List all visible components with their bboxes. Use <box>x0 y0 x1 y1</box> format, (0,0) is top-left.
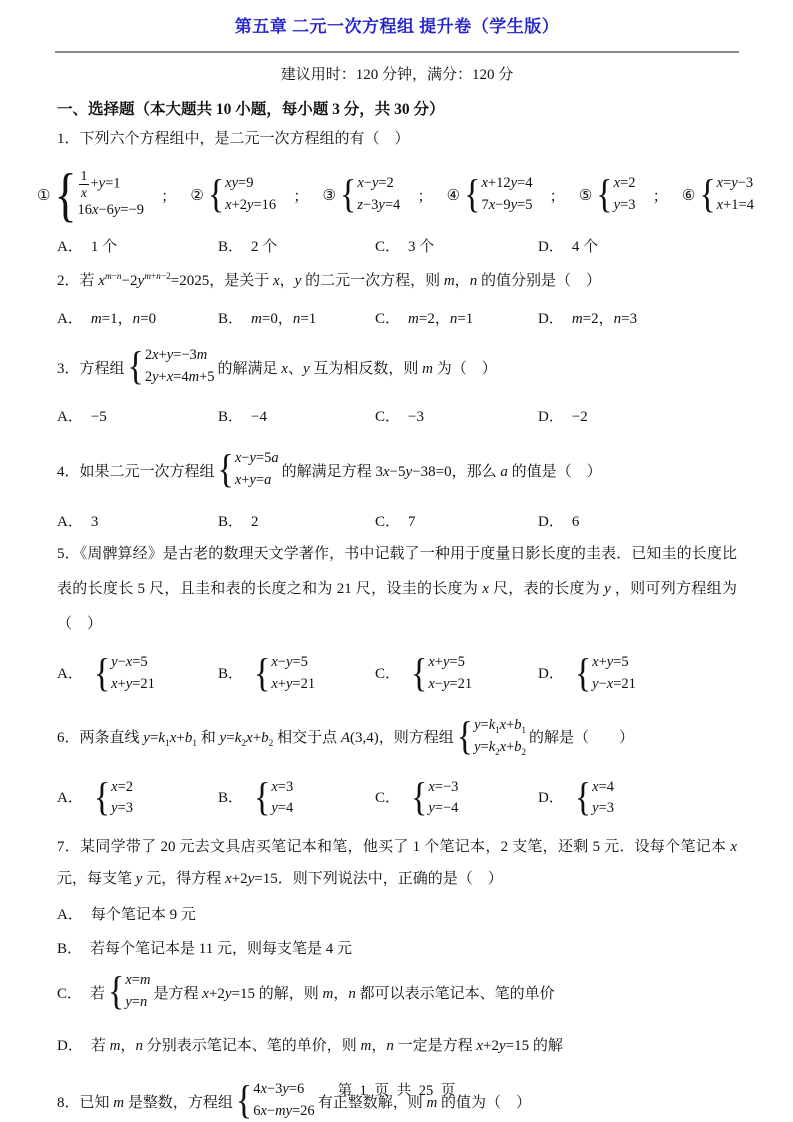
option-label: A． <box>57 237 83 257</box>
q1-system-5: ⑤ {x=2y=3 <box>579 173 639 217</box>
q3-option-a: A．−5 <box>57 407 218 427</box>
separator: ； <box>293 185 308 206</box>
brace-icon: { <box>254 654 270 694</box>
option-label: D． <box>538 237 564 257</box>
q3-options: A．−5 B．−4 C．−3 D．−2 <box>57 407 737 427</box>
option-label: C． <box>375 512 400 532</box>
q3-stem-post: 的解满足 x、y 互为相反数，则 m 为（ ） <box>218 357 497 378</box>
equation-line: x=2 <box>111 777 133 799</box>
brace-icon: { <box>575 778 591 818</box>
equation-line: 1x+y=1 <box>78 168 144 200</box>
option-text-post: 是方程 x+2y=15 的解，则 m，n 都可以表示笔记本、笔的单价 <box>153 982 554 1003</box>
equation-line: y=3 <box>614 195 636 217</box>
page-title: 第五章 二元一次方程组 提升卷（学生版） <box>57 16 737 38</box>
brace-icon: { <box>94 778 110 818</box>
q7-option-b: B．若每个笔记本是 11 元，则每支笔是 4 元 <box>57 939 737 959</box>
option-label: B． <box>218 664 243 684</box>
q1-system-3: ③ {x−y=2z−3y=4 <box>323 173 404 217</box>
equation-line: 2y+x=4m+5 <box>145 367 215 389</box>
q5-option-d: D．{x+y=5y−x=21 <box>538 652 737 696</box>
option-label: A． <box>57 664 83 684</box>
option-text: −3 <box>408 407 424 427</box>
option-label: D． <box>538 664 564 684</box>
equation-line: x+y=21 <box>111 674 155 696</box>
equation-line: y−x=5 <box>111 652 155 674</box>
brace-icon: { <box>54 165 76 225</box>
option-label: A． <box>57 407 83 427</box>
equation-line: y=4 <box>271 798 293 820</box>
option-text: 每个笔记本 9 元 <box>91 905 196 925</box>
option-text: 7 <box>408 512 416 532</box>
equation-line: x=2 <box>614 173 636 195</box>
equation-line: x+12y=4 <box>481 173 532 195</box>
option-label: C． <box>375 309 400 329</box>
circled-5-icon: ⑤ <box>579 186 592 205</box>
q6-option-c: C．{x=−3y=−4 <box>375 777 538 821</box>
equation-line: 7x−9y=5 <box>481 195 532 217</box>
q5-stem: 5．《周髀算经》是古老的数理天文学著作，书中记载了一种用于度量日影长度的圭表．已… <box>57 537 737 642</box>
brace-icon: { <box>128 347 144 387</box>
q6-options: A．{x=2y=3 B．{x=3y=4 C．{x=−3y=−4 D．{x=4y=… <box>57 777 737 821</box>
option-label: D． <box>538 407 564 427</box>
option-text: 2 个 <box>251 237 277 257</box>
q3-stem: 3．方程组 {2x+y=−3m2y+x=4m+5 的解满足 x、y 互为相反数，… <box>57 343 737 391</box>
option-label: B． <box>57 939 82 959</box>
q5-option-b: B．{x−y=5x+y=21 <box>218 652 375 696</box>
brace-icon: { <box>457 716 473 756</box>
q3-option-c: C．−3 <box>375 407 538 427</box>
option-text: m=1，n=0 <box>91 309 156 329</box>
brace-icon: { <box>218 450 234 490</box>
brace-icon: { <box>254 778 270 818</box>
circled-3-icon: ③ <box>323 186 336 205</box>
brace-icon: { <box>108 972 124 1012</box>
equation-line: x+1=4 <box>717 195 754 217</box>
q7-stem: 7．某同学带了 20 元去文具店买笔记本和笔，他买了 1 个笔记本，2 支笔，还… <box>57 831 737 895</box>
q5-option-c: C．{x+y=5x−y=21 <box>375 652 538 696</box>
equation-line: y=3 <box>592 798 614 820</box>
option-text: 若每个笔记本是 11 元，则每支笔是 4 元 <box>90 939 352 959</box>
option-label: A． <box>57 788 83 808</box>
option-label: B． <box>218 237 243 257</box>
equation-line: z−3y=4 <box>357 195 400 217</box>
q3-option-b: B．−4 <box>218 407 375 427</box>
equation-line: 2x+y=−3m <box>145 345 215 367</box>
option-label: D． <box>57 1036 83 1056</box>
q5-option-a: A．{y−x=5x+y=21 <box>57 652 218 696</box>
q5-options: A．{y−x=5x+y=21 B．{x−y=5x+y=21 C．{x+y=5x−… <box>57 652 737 696</box>
option-label: A． <box>57 905 83 925</box>
option-text: 4 个 <box>572 237 598 257</box>
brace-icon: { <box>411 778 427 818</box>
equation-line: x=−3 <box>428 777 458 799</box>
q4-option-b: B．2 <box>218 512 375 532</box>
q1-option-b: B．2 个 <box>218 237 375 257</box>
exam-page: 第五章 二元一次方程组 提升卷（学生版） 建议用时：120 分钟，满分：120 … <box>0 0 793 1122</box>
brace-icon: { <box>464 175 480 215</box>
option-label: D． <box>538 788 564 808</box>
q3-stem-pre: 3．方程组 <box>57 357 125 378</box>
brace-icon: { <box>208 175 224 215</box>
option-label: D． <box>538 309 564 329</box>
q4-options: A．3 B．2 C．7 D．6 <box>57 512 737 532</box>
option-label: B． <box>218 407 243 427</box>
page-footer: 第 1 页 共 25 页 <box>0 1079 793 1100</box>
q4-option-d: D．6 <box>538 512 737 532</box>
brace-icon: { <box>340 175 356 215</box>
q6-stem-pre: 6．两条直线 y=k1x+b1 和 y=k2x+b2 相交于点 A(3,4)，则… <box>57 726 454 747</box>
circled-6-icon: ⑥ <box>682 186 695 205</box>
equation-line: x+2y=16 <box>225 195 276 217</box>
equation-line: x+y=21 <box>271 674 315 696</box>
separator: ； <box>550 185 565 206</box>
circled-1-icon: ① <box>37 186 50 205</box>
option-label: C． <box>57 982 82 1003</box>
equation-line: x=3 <box>271 777 293 799</box>
q6-system: {y=k1x+b1y=k2x+b2 <box>457 715 526 759</box>
option-text: 若 m，n 分别表示笔记本、笔的单价，则 m，n 一定是方程 x+2y=15 的… <box>91 1036 563 1056</box>
equation-line: xy=9 <box>225 173 276 195</box>
equation-line: x+y=a <box>235 470 279 492</box>
equation-line: 6x−my=26 <box>253 1101 314 1122</box>
equation-line: x+y=5 <box>592 652 636 674</box>
equation-line: 16x−6y=−9 <box>78 200 144 222</box>
q3-system: {2x+y=−3m2y+x=4m+5 <box>128 345 215 389</box>
q2-stem: 2．若 xm−n−2ym+n−2=2025，是关于 x，y 的二元一次方程，则 … <box>57 271 737 291</box>
option-text: m=0，n=1 <box>251 309 316 329</box>
equation-line: y=k2x+b2 <box>474 737 526 759</box>
q2-option-c: C．m=2，n=1 <box>375 309 538 329</box>
option-label: A． <box>57 512 83 532</box>
q1-system-2: ② {xy=9x+2y=16 <box>190 173 279 217</box>
equation-line: x−y=5a <box>235 448 279 470</box>
option-label: D． <box>538 512 564 532</box>
brace-icon: { <box>596 175 612 215</box>
equation-line: y=k1x+b1 <box>474 715 526 737</box>
q6-option-a: A．{x=2y=3 <box>57 777 218 821</box>
exam-subtitle: 建议用时：120 分钟，满分：120 分 <box>57 65 737 85</box>
q1-option-c: C．3 个 <box>375 237 538 257</box>
q2-options: A．m=1，n=0 B．m=0，n=1 C．m=2，n=1 D．m=2，n=3 <box>57 309 737 329</box>
option-text: 3 <box>91 512 99 532</box>
option-text: −2 <box>572 407 588 427</box>
option-text: 2 <box>251 512 259 532</box>
brace-icon: { <box>575 654 591 694</box>
q4-stem-post: 的解满足方程 3x−5y−38=0，那么 a 的值是（ ） <box>282 460 602 481</box>
equation-line: x=4 <box>592 777 614 799</box>
option-text: m=2，n=1 <box>408 309 473 329</box>
q2-option-a: A．m=1，n=0 <box>57 309 218 329</box>
q1-system-4: ④ {x+12y=47x−9y=5 <box>447 173 536 217</box>
q1-system-1: ① {1x+y=116x−6y=−9 <box>37 168 147 222</box>
equation-line: y=3 <box>111 798 133 820</box>
circled-4-icon: ④ <box>447 186 460 205</box>
q4-option-a: A．3 <box>57 512 218 532</box>
q6-option-d: D．{x=4y=3 <box>538 777 737 821</box>
equation-line: x+y=5 <box>428 652 472 674</box>
q7-option-c: C． 若 {x=my=n 是方程 x+2y=15 的解，则 m，n 都可以表示笔… <box>57 968 737 1016</box>
option-text: 6 <box>572 512 580 532</box>
q2-option-b: B．m=0，n=1 <box>218 309 375 329</box>
q6-stem-post: 的解是（ ） <box>529 726 634 747</box>
option-text: m=2，n=3 <box>572 309 637 329</box>
brace-icon: { <box>699 175 715 215</box>
option-label: C． <box>375 407 400 427</box>
option-text-pre: 若 <box>90 982 105 1003</box>
option-label: B． <box>218 788 243 808</box>
option-text: −5 <box>91 407 107 427</box>
circled-2-icon: ② <box>190 186 203 205</box>
q3-option-d: D．−2 <box>538 407 737 427</box>
option-label: C． <box>375 237 400 257</box>
q1-options: A．1 个 B．2 个 C．3 个 D．4 个 <box>57 237 737 257</box>
brace-icon: { <box>411 654 427 694</box>
equation-line: y=n <box>125 992 150 1014</box>
q7-option-a: A．每个笔记本 9 元 <box>57 905 737 925</box>
option-text: 1 个 <box>91 237 117 257</box>
separator: ； <box>417 185 432 206</box>
section-heading: 一、选择题（本大题共 10 小题，每小题 3 分，共 30 分） <box>57 100 737 120</box>
q2-option-d: D．m=2，n=3 <box>538 309 737 329</box>
q4-stem: 4．如果二元一次方程组 {x−y=5ax+y=a 的解满足方程 3x−5y−38… <box>57 444 737 496</box>
q1-stem: 1．下列六个方程组中，是二元一次方程组的有（ ） <box>57 129 737 149</box>
q1-option-d: D．4 个 <box>538 237 737 257</box>
option-text: 3 个 <box>408 237 434 257</box>
equation-line: x−y=5 <box>271 652 315 674</box>
q6-stem: 6．两条直线 y=k1x+b1 和 y=k2x+b2 相交于点 A(3,4)，则… <box>57 711 737 763</box>
equation-line: x=m <box>125 970 150 992</box>
equation-line: y=−4 <box>428 798 458 820</box>
equation-line: x=y−3 <box>717 173 754 195</box>
option-label: B． <box>218 309 243 329</box>
separator: ； <box>161 185 176 206</box>
option-label: C． <box>375 788 400 808</box>
q1-system-6: ⑥ {x=y−3x+1=4 <box>682 173 757 217</box>
equation-line: x−y=2 <box>357 173 400 195</box>
q7-option-d: D．若 m，n 分别表示笔记本、笔的单价，则 m，n 一定是方程 x+2y=15… <box>57 1036 737 1056</box>
q6-option-b: B．{x=3y=4 <box>218 777 375 821</box>
q1-systems-row: ① {1x+y=116x−6y=−9 ； ② {xy=9x+2y=16 ； ③ … <box>37 157 757 233</box>
q4-stem-pre: 4．如果二元一次方程组 <box>57 460 215 481</box>
equation-line: x−y=21 <box>428 674 472 696</box>
option-text: −4 <box>251 407 267 427</box>
q4-option-c: C．7 <box>375 512 538 532</box>
option-label: B． <box>218 512 243 532</box>
brace-icon: { <box>94 654 110 694</box>
option-label: A． <box>57 309 83 329</box>
q7c-system: {x=my=n <box>108 970 150 1014</box>
separator: ； <box>653 185 668 206</box>
q4-system: {x−y=5ax+y=a <box>218 448 279 492</box>
option-label: C． <box>375 664 400 684</box>
title-divider <box>55 51 739 53</box>
equation-line: y−x=21 <box>592 674 636 696</box>
q1-option-a: A．1 个 <box>57 237 218 257</box>
